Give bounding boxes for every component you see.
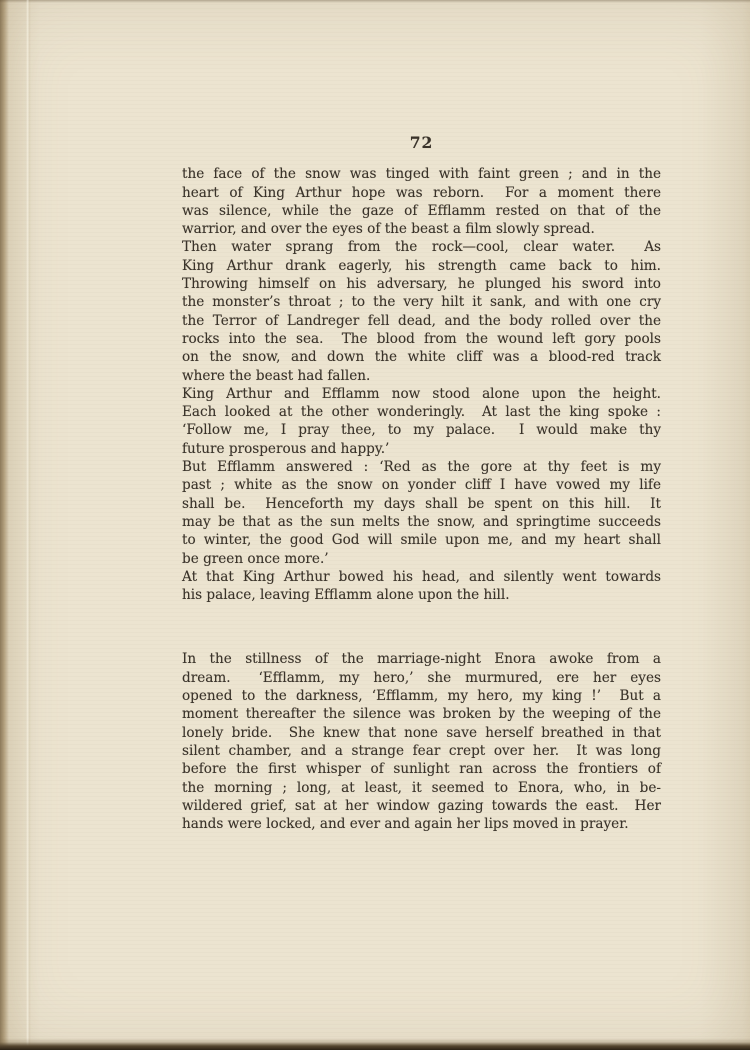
text-line: be green once more.’ — [182, 550, 661, 568]
paragraph: King Arthur and Efflamm now stood alone … — [182, 385, 661, 458]
text-line: his palace, leaving Efflamm alone upon t… — [182, 586, 661, 604]
text-line: Each looked at the other wonderingly. At… — [182, 403, 661, 421]
text-line: shall be. Henceforth my days shall be sp… — [182, 495, 661, 513]
text-line: In the stillness of the marriage-night E… — [182, 650, 661, 668]
text-line: the face of the snow was tinged with fai… — [182, 165, 661, 183]
text-line: was silence, while the gaze of Efflamm r… — [182, 202, 661, 220]
paragraph: the face of the snow was tinged with fai… — [182, 165, 661, 238]
text-line: rocks into the sea. The blood from the w… — [182, 330, 661, 348]
page-number: 72 — [182, 134, 661, 152]
text-column: 72 the face of the snow was tinged with … — [182, 134, 661, 833]
text-line: future prosperous and happy.’ — [182, 440, 661, 458]
text-line: wildered grief, sat at her window gazing… — [182, 797, 661, 815]
text-line: moment thereafter the silence was broken… — [182, 705, 661, 723]
text-line: heart of King Arthur hope was reborn. Fo… — [182, 184, 661, 202]
text-line: the monster’s throat ; to the very hilt … — [182, 293, 661, 311]
text-line: warrior, and over the eyes of the beast … — [182, 220, 661, 238]
paragraph: Then water sprang from the rock—cool, cl… — [182, 238, 661, 384]
text-line: to winter, the good God will smile upon … — [182, 531, 661, 549]
text-line: before the first whisper of sunlight ran… — [182, 760, 661, 778]
text-line: may be that as the sun melts the snow, a… — [182, 513, 661, 531]
text-line: on the snow, and down the white cliff wa… — [182, 348, 661, 366]
text-line: opened to the darkness, ‘Efflamm, my her… — [182, 687, 661, 705]
text-line: King Arthur and Efflamm now stood alone … — [182, 385, 661, 403]
paragraph: In the stillness of the marriage-night E… — [182, 650, 661, 833]
text-line: the morning ; long, at least, it seemed … — [182, 779, 661, 797]
text-line: silent chamber, and a strange fear crept… — [182, 742, 661, 760]
text-line: But Efflamm answered : ‘Red as the gore … — [182, 458, 661, 476]
page-bottom-edge — [0, 1038, 750, 1050]
text-line: past ; white as the snow on yonder cliff… — [182, 476, 661, 494]
page-gutter-crease — [26, 0, 31, 1050]
paragraph: But Efflamm answered : ‘Red as the gore … — [182, 458, 661, 568]
text-line: the Terror of Landreger fell dead, and t… — [182, 312, 661, 330]
text-line: hands were locked, and ever and again he… — [182, 815, 661, 833]
text-line: lonely bride. She knew that none save he… — [182, 724, 661, 742]
text-line: dream. ‘Efflamm, my hero,’ she murmured,… — [182, 669, 661, 687]
text-line: King Arthur drank eagerly, his strength … — [182, 257, 661, 275]
text-line: At that King Arthur bowed his head, and … — [182, 568, 661, 586]
text-line: where the beast had fallen. — [182, 367, 661, 385]
paragraph: At that King Arthur bowed his head, and … — [182, 568, 661, 605]
text-line: ‘Follow me, I pray thee, to my palace. I… — [182, 421, 661, 439]
text-line: Then water sprang from the rock—cool, cl… — [182, 238, 661, 256]
text-line: Throwing himself on his adversary, he pl… — [182, 275, 661, 293]
book-page: 72 the face of the snow was tinged with … — [0, 0, 750, 1050]
